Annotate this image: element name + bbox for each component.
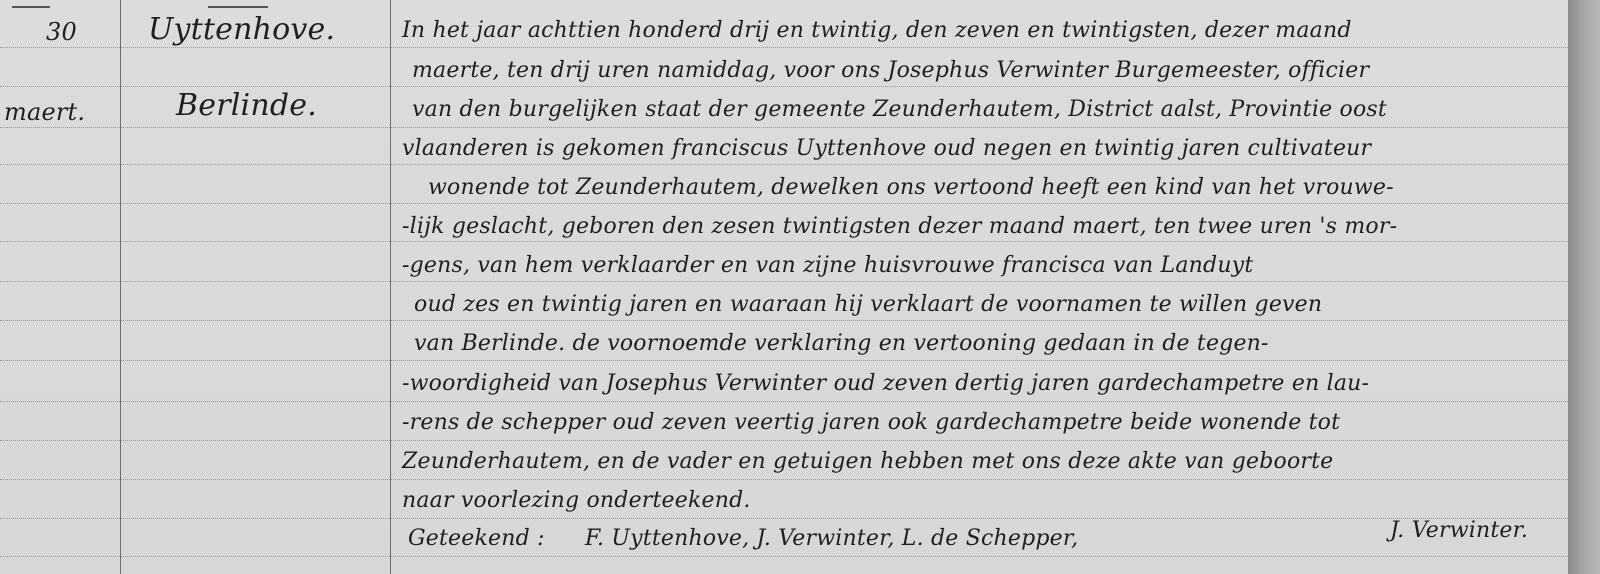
ruling-line [0, 479, 1568, 480]
body-line: -lijk geslacht, geboren den zesen twinti… [402, 214, 1397, 239]
ruling-line [0, 320, 1568, 321]
ruling-line [0, 401, 1568, 402]
entry-surname: Uyttenhove. [148, 12, 335, 47]
entry-month: maert. [4, 98, 85, 126]
body-line: maerte, ten drij uren namiddag, voor ons… [412, 58, 1369, 83]
body-line: vlaanderen is gekomen franciscus Uyttenh… [402, 136, 1371, 161]
signature-label: Geteekend : [408, 526, 545, 551]
body-line: oud zes en twintig jaren en waaraan hij … [414, 292, 1322, 317]
register-page: 30 maert. Uyttenhove. Berlinde. In het j… [0, 0, 1568, 574]
ruling-line [0, 440, 1568, 441]
page-edge [1568, 0, 1600, 574]
body-line: -gens, van hem verklaarder en van zijne … [402, 253, 1253, 278]
ruling-line [0, 47, 1568, 48]
ruling-line [0, 86, 1568, 87]
ruling-line [0, 241, 1568, 242]
body-line: Zeunderhautem, en de vader en getuigen h… [402, 449, 1333, 474]
column-divider-left [120, 0, 121, 574]
header-dash [12, 6, 50, 8]
body-line: -woordigheid van Josephus Verwinter oud … [402, 371, 1369, 396]
entry-given-name: Berlinde. [176, 88, 317, 123]
body-line: -rens de schepper oud zeven veertig jare… [402, 410, 1340, 435]
body-line: wonende tot Zeunderhautem, dewelken ons … [428, 175, 1394, 200]
ruling-line [0, 164, 1568, 165]
ruling-line [0, 281, 1568, 282]
column-divider-right [390, 0, 391, 574]
signature-names: F. Uyttenhove, J. Verwinter, L. de Schep… [585, 526, 1078, 551]
ruling-line [0, 518, 1568, 519]
ruling-line [0, 360, 1568, 361]
body-line: van den burgelijken staat der gemeente Z… [412, 97, 1387, 122]
official-signature: J. Verwinter. [1390, 518, 1528, 543]
body-line: naar voorlezing onderteekend. [402, 488, 751, 513]
body-line: In het jaar achttien honderd drij en twi… [402, 18, 1352, 43]
ruling-line [0, 203, 1568, 204]
entry-day: 30 [46, 18, 77, 46]
ruling-line [0, 127, 1568, 128]
body-line: van Berlinde. de voornoemde verklaring e… [414, 331, 1269, 356]
ruling-line [0, 556, 1568, 557]
header-dash [208, 6, 268, 8]
